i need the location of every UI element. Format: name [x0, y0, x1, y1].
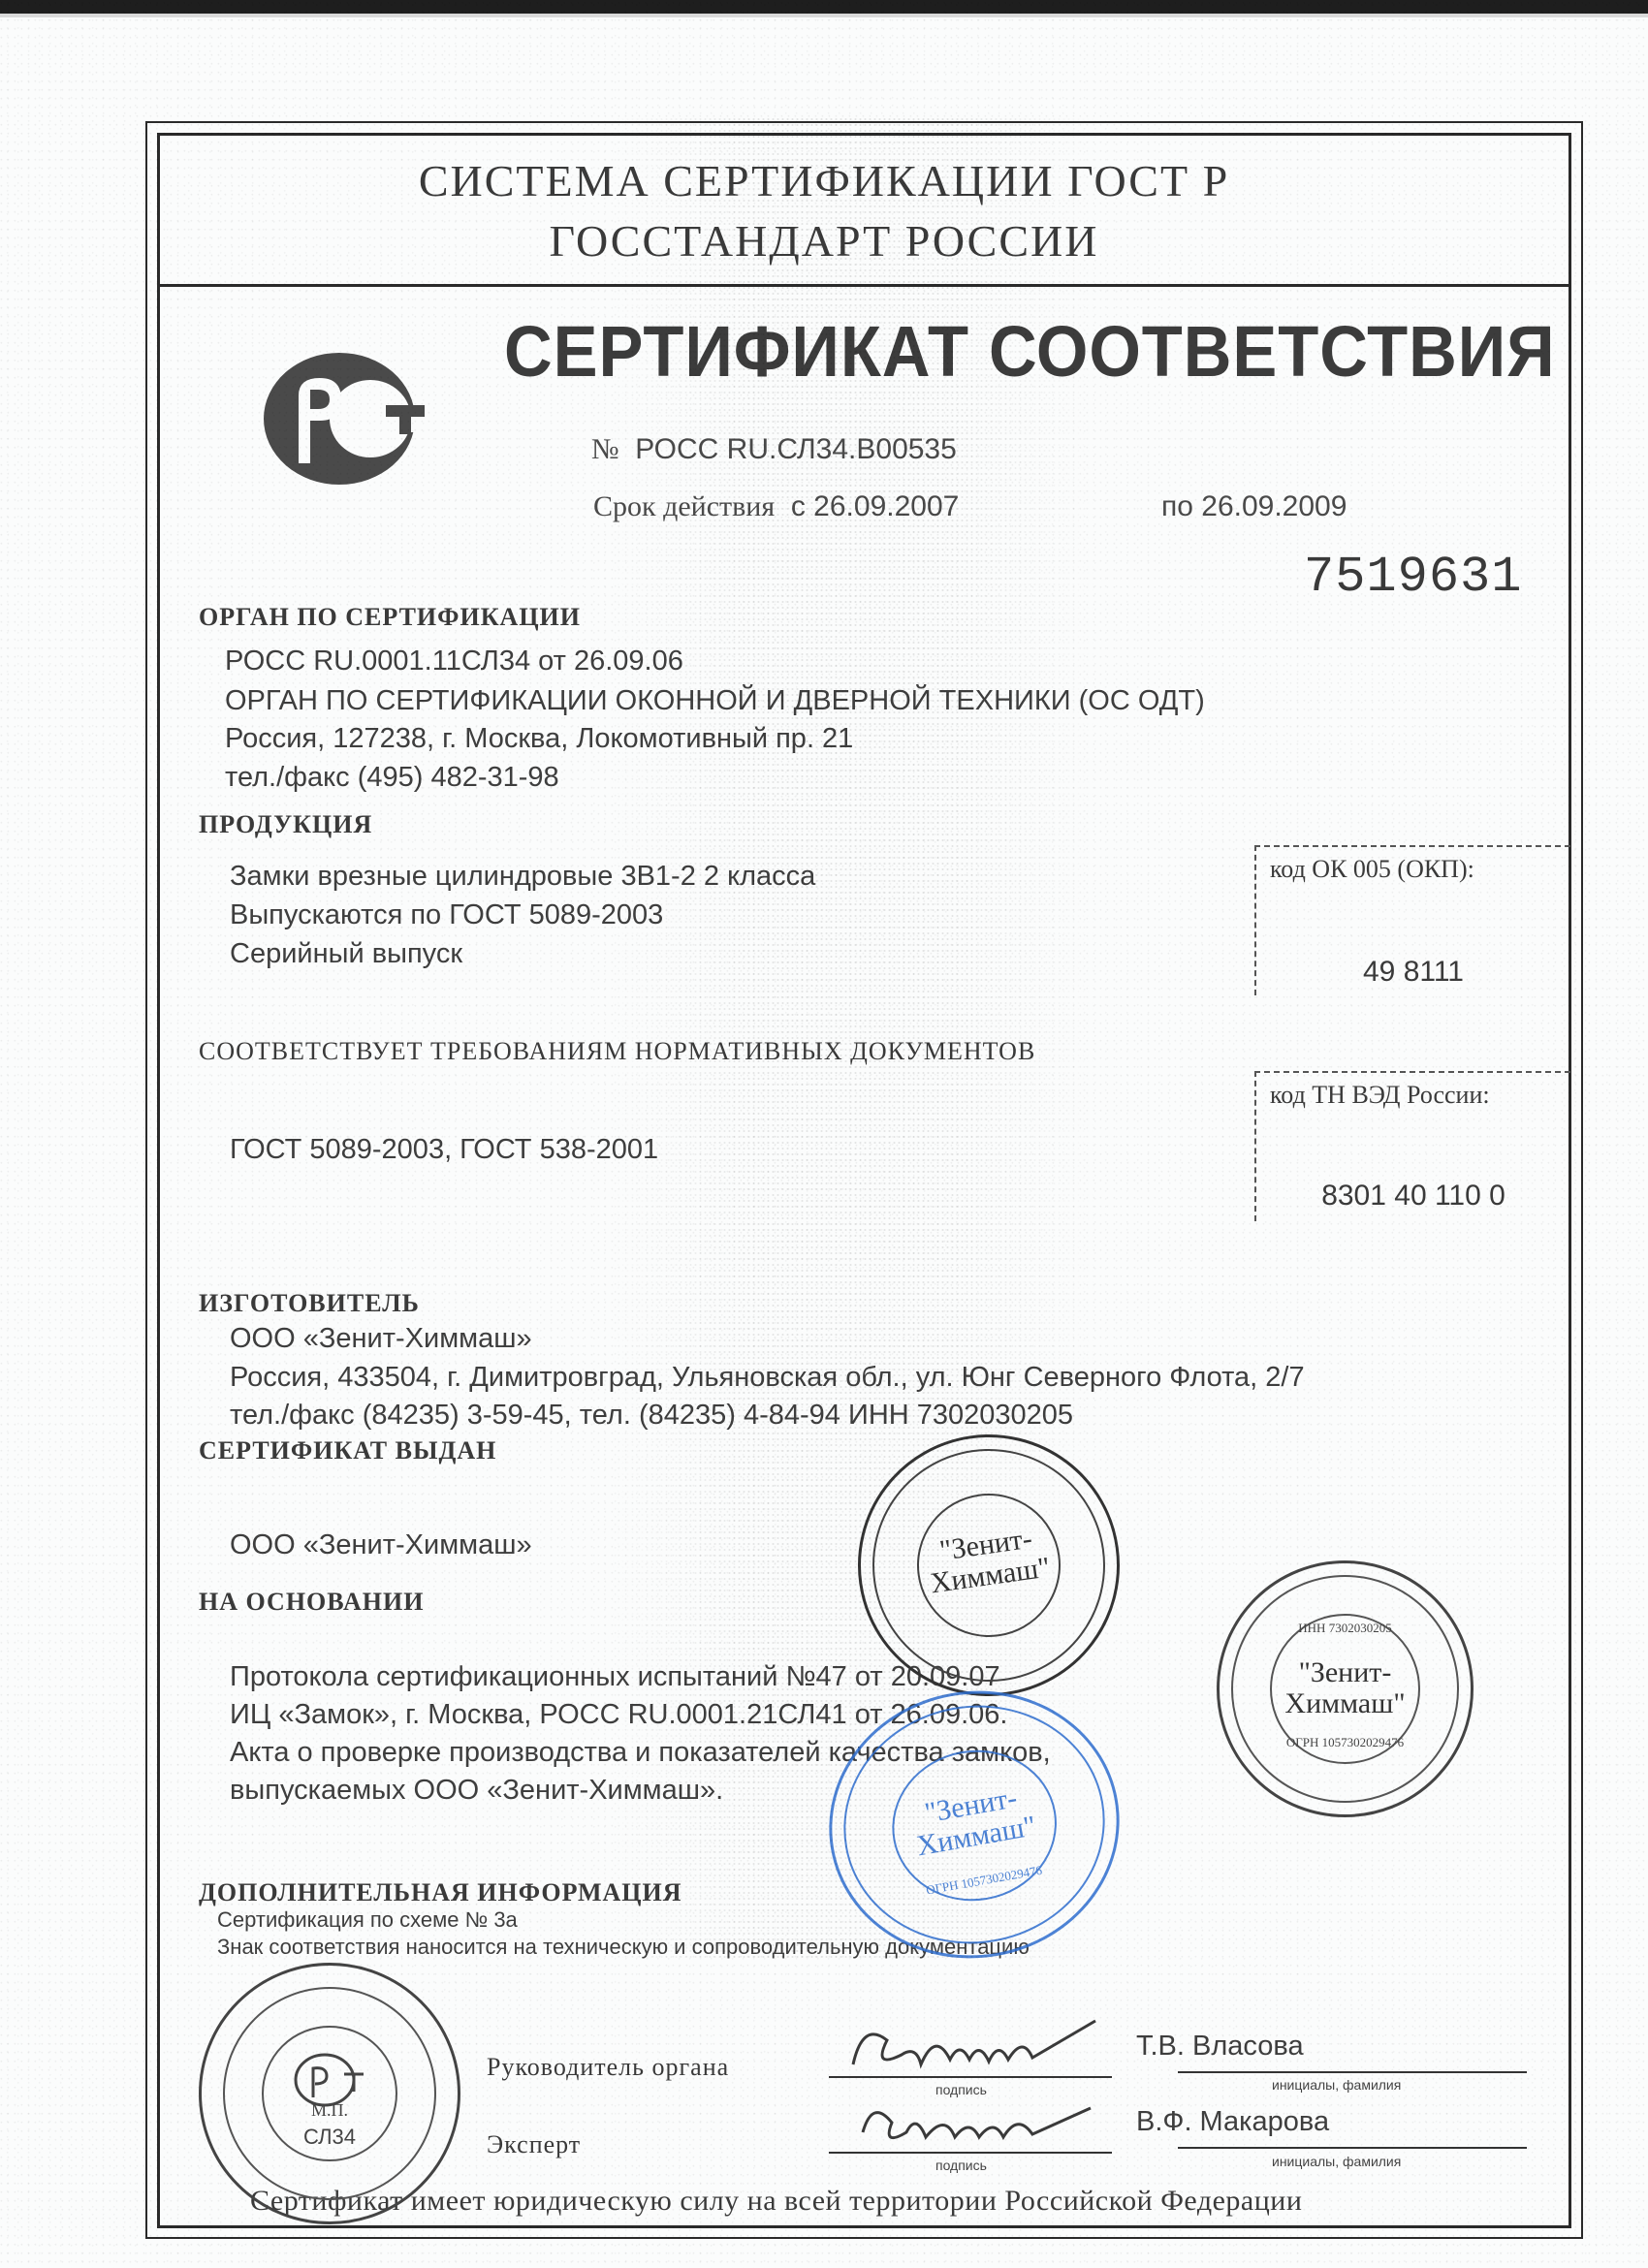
document-title: СЕРТИФИКАТ СООТВЕТСТВИЯ: [504, 310, 1556, 393]
additional-info-line: Сертификация по схеме № 3а: [217, 1907, 518, 1933]
issued-to-value: ООО «Зенит-Химмаш»: [230, 1529, 532, 1561]
validity-from: Срок действия с 26.09.2007: [593, 490, 959, 523]
tnved-code-label: код ТН ВЭД России:: [1270, 1081, 1490, 1110]
head-of-body-label: Руководитель органа: [487, 2053, 729, 2082]
stamp-rst-mark-icon: [294, 2053, 371, 2107]
certificate-number-value: РОСС RU.СЛ34.В00535: [635, 433, 957, 465]
company-stamp-right: ИНН 7302030205 "Зенит- Химмаш" ОГРН 1057…: [1217, 1560, 1474, 1817]
expert-label: Эксперт: [487, 2130, 581, 2159]
manufacturer-line: ООО «Зенит-Химмаш»: [230, 1323, 532, 1355]
valid-to-date: по 26.09.2009: [1161, 490, 1347, 523]
manufacturer-heading: ИЗГОТОВИТЕЛЬ: [199, 1289, 420, 1318]
tnved-code-box: код ТН ВЭД России: 8301 40 110 0: [1254, 1071, 1570, 1221]
okp-code-value: 49 8111: [1256, 956, 1570, 989]
manufacturer-line: тел./факс (84235) 3-59-45, тел. (84235) …: [230, 1400, 1073, 1432]
company-stamp-name-line2: Химмаш": [1220, 1689, 1471, 1718]
certification-body-line: тел./факс (495) 482-31-98: [225, 762, 559, 794]
okp-code-label: код ОК 005 (ОКП):: [1270, 855, 1474, 884]
product-line: Серийный выпуск: [230, 938, 462, 970]
stamp-body-code: СЛ34: [202, 2126, 458, 2148]
head-name-caption: инициалы, фамилия: [1272, 2077, 1401, 2093]
certification-body-heading: ОРГАН ПО СЕРТИФИКАЦИИ: [199, 603, 581, 632]
validity-label: Срок действия: [593, 490, 775, 522]
product-line: Выпускаются по ГОСТ 5089-2003: [230, 899, 663, 931]
okp-code-box: код ОК 005 (ОКП): 49 8111: [1254, 845, 1570, 995]
expert-name-caption: инициалы, фамилия: [1272, 2154, 1401, 2169]
blank-serial-number: 7519631: [1304, 549, 1522, 606]
certificate-number: № РОСС RU.СЛ34.В00535: [591, 433, 957, 466]
certification-system-heading: СИСТЕМА СЕРТИФИКАЦИИ ГОСТ Р: [0, 155, 1648, 206]
expert-signature-icon: [848, 2094, 1120, 2161]
head-name-line: [1178, 2071, 1527, 2073]
company-stamp-ogrn: ОГРН 1057302029476: [1220, 1736, 1471, 1748]
basis-line: выпускаемых ООО «Зенит-Химмаш».: [230, 1775, 723, 1807]
certification-body-line: ОРГАН ПО СЕРТИФИКАЦИИ ОКОННОЙ И ДВЕРНОЙ …: [225, 685, 1205, 717]
expert-name: В.Ф. Макарова: [1136, 2106, 1329, 2138]
scan-top-edge-shadow: [0, 14, 1648, 17]
certification-body-stamp: М.П. СЛ34: [199, 1963, 460, 2224]
head-name: Т.В. Власова: [1136, 2031, 1304, 2063]
head-signature-icon: [843, 2011, 1115, 2089]
header-divider: [157, 284, 1571, 287]
basis-line: Протокола сертификационных испытаний №47…: [230, 1661, 1000, 1693]
certificate-number-label: №: [591, 433, 619, 465]
certification-body-line: РОСС RU.0001.11СЛ34 от 26.09.06: [225, 646, 683, 677]
conformity-heading: СООТВЕТСТВУЕТ ТРЕБОВАНИЯМ НОРМАТИВНЫХ ДО…: [199, 1037, 1035, 1066]
additional-info-heading: ДОПОЛНИТЕЛЬНАЯ ИНФОРМАЦИЯ: [199, 1878, 682, 1907]
expert-name-line: [1178, 2147, 1527, 2149]
certification-body-line: Россия, 127238, г. Москва, Локомотивный …: [225, 723, 853, 755]
agency-heading: ГОССТАНДАРТ РОССИИ: [0, 215, 1648, 267]
manufacturer-line: Россия, 433504, г. Димитровград, Ульянов…: [230, 1362, 1305, 1394]
issued-to-heading: СЕРТИФИКАТ ВЫДАН: [199, 1436, 496, 1465]
product-line: Замки врезные цилиндровые 3В1-2 2 класса: [230, 861, 815, 893]
product-heading: ПРОДУКЦИЯ: [199, 810, 372, 839]
stamp-mp-mark: М.П.: [202, 2101, 458, 2119]
basis-heading: НА ОСНОВАНИИ: [199, 1588, 424, 1617]
valid-from-date: с 26.09.2007: [791, 490, 959, 522]
rst-conformity-mark-icon: [262, 349, 451, 489]
company-stamp-name-line1: "Зенит-: [1220, 1658, 1471, 1687]
company-stamp-inn: ИНН 7302030205: [1220, 1622, 1471, 1634]
tnved-code-value: 8301 40 110 0: [1256, 1180, 1570, 1213]
scan-top-edge: [0, 0, 1648, 14]
normative-documents: ГОСТ 5089-2003, ГОСТ 538-2001: [230, 1134, 658, 1166]
